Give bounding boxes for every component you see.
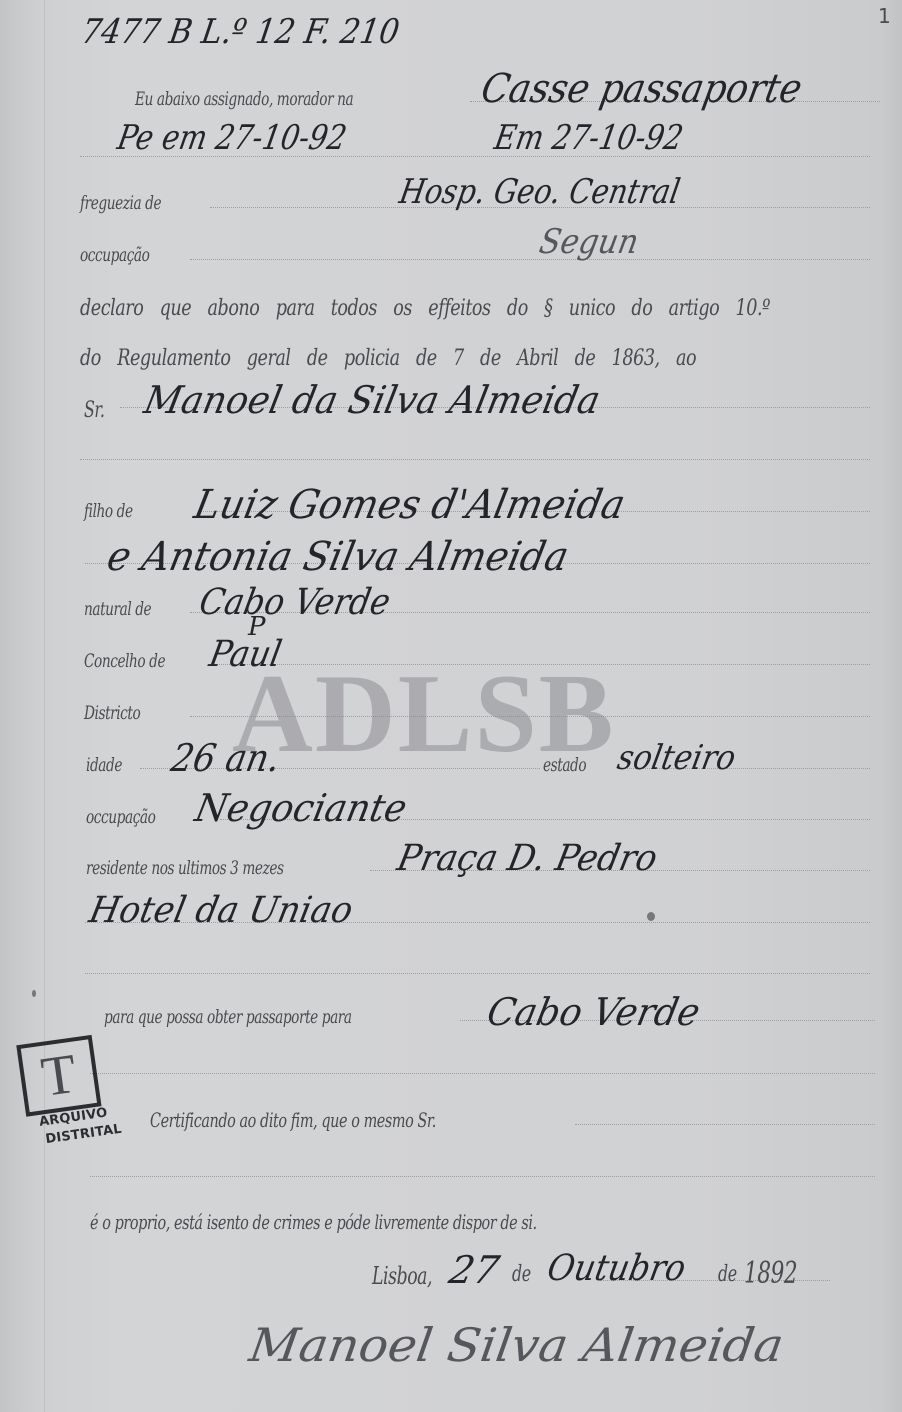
- date-note-1: Pe em 27-10-92: [114, 118, 349, 158]
- districto-label: Districto: [84, 702, 140, 724]
- intro-label: Eu abaixo assignado, morador na: [135, 88, 353, 110]
- declaration-line-2: do Regulamento geral de policia de 7 de …: [80, 346, 696, 371]
- sr-value: Manoel da Silva Almeida: [141, 378, 604, 422]
- place-label: Lisboa,: [372, 1262, 432, 1290]
- idade-value: 26 an.: [168, 736, 284, 780]
- ink-spot: [32, 990, 36, 997]
- sr-label: Sr.: [84, 398, 104, 423]
- residente-value-1: Praça D. Pedro: [394, 838, 661, 879]
- estado-label: estado: [543, 754, 586, 776]
- destino-label: para que possa obter passaporte para: [104, 1006, 352, 1028]
- year-value: 1892: [744, 1256, 797, 1291]
- declaration-line-1: declaro que abono para todos os effeitos…: [80, 296, 770, 321]
- page-number: 1: [878, 4, 891, 28]
- natural-value: Cabo Verde: [196, 582, 394, 623]
- occupacao-value-2: Negociante: [192, 786, 411, 830]
- natural-label: natural de: [84, 598, 151, 620]
- rule-line: [80, 459, 870, 460]
- filho-value-1: Luiz Gomes d'Almeida: [190, 482, 629, 528]
- rule-line: [85, 973, 870, 974]
- concelho-value: Paul: [206, 634, 285, 675]
- residente-label: residente nos ultimos 3 mezes: [86, 857, 284, 879]
- rule-line: [190, 259, 870, 260]
- filho-value-2: e Antonia Silva Almeida: [103, 534, 572, 580]
- destino-value: Cabo Verde: [484, 990, 704, 1034]
- occupacao-label-2: occupação: [86, 806, 155, 828]
- date-de-1: de: [512, 1262, 531, 1287]
- margin-line: [44, 0, 45, 1412]
- date-de-2: de: [718, 1262, 737, 1287]
- ink-spot: [647, 912, 655, 921]
- occupacao-value-1: Segun: [536, 222, 642, 262]
- signature: Manoel Silva Almeida: [246, 1318, 787, 1372]
- intro-value: Casse passaporte: [478, 66, 806, 112]
- filho-label: filho de: [84, 500, 133, 522]
- certificando-label: Certificando ao dito fim, que o mesmo Sr…: [150, 1108, 436, 1132]
- rule-line: [90, 1176, 875, 1177]
- rule-line: [575, 1124, 875, 1125]
- freguezia-value: Hosp. Geo. Central: [396, 172, 683, 212]
- archive-stamp: T ARQUIVO DISTRITAL: [9, 1025, 136, 1169]
- freguezia-label: freguezia de: [80, 192, 161, 214]
- month-value: Outubro: [544, 1248, 689, 1289]
- stamp-letter: T: [21, 1041, 97, 1110]
- closing-text: é o proprio, está isento de crimes e pód…: [90, 1210, 537, 1234]
- estado-value: solteiro: [614, 738, 739, 778]
- day-value: 27: [445, 1248, 503, 1292]
- occupacao-label-1: occupação: [80, 244, 149, 266]
- archive-reference: 7477 B L.º 12 F. 210: [79, 12, 402, 52]
- stamp-box: T: [16, 1035, 101, 1117]
- concelho-label: Concelho de: [84, 650, 165, 672]
- date-note-2: Em 27-10-92: [491, 118, 686, 158]
- idade-label: idade: [86, 754, 122, 776]
- document-page: ADLSB 1 7477 B L.º 12 F. 210 Eu abaixo a…: [0, 0, 902, 1412]
- rule-line: [90, 1073, 875, 1074]
- residente-value-2: Hotel da Uniao: [86, 890, 356, 931]
